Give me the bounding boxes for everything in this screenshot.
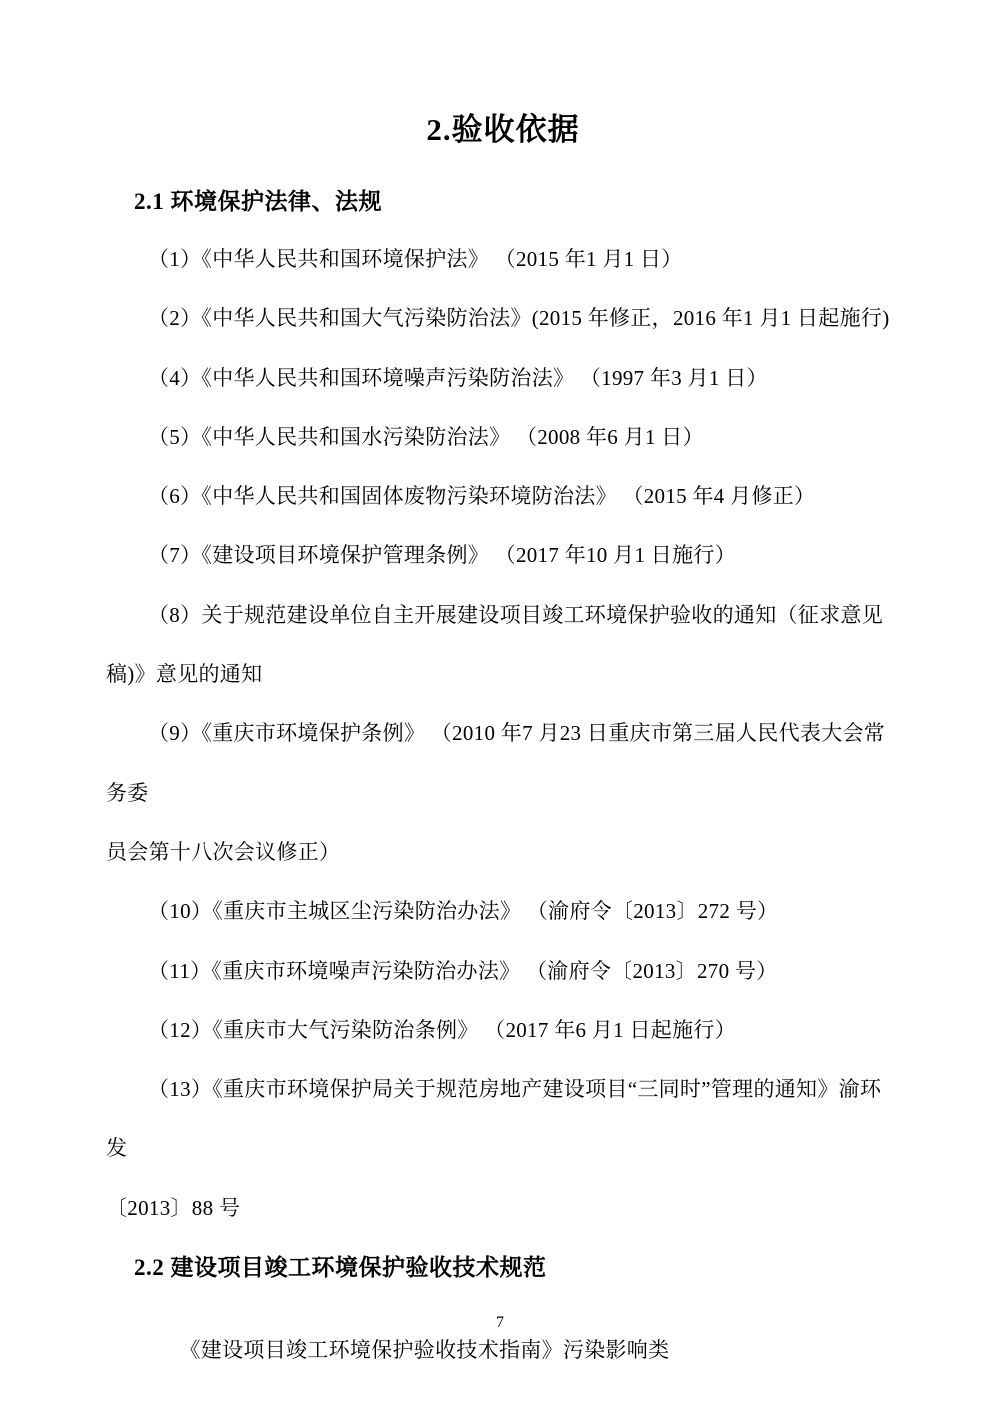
page-title: 2.验收依据 <box>106 112 900 148</box>
list-item: （6）《中华人民共和国固体废物污染环境防治法》 （2015 年4 月修正） <box>106 467 900 526</box>
list-item: （8）关于规范建设单位自主开展建设项目竣工环境保护验收的通知（征求意见 稿)》意… <box>106 586 900 705</box>
list-item: （7）《建设项目环境保护管理条例》 （2017 年10 月1 日施行） <box>106 526 900 585</box>
list-item: （12）《重庆市大气污染防治条例》 （2017 年6 月1 日起施行） <box>106 1001 900 1060</box>
list-item: （1）《中华人民共和国环境保护法》 （2015 年1 月1 日） <box>106 230 900 289</box>
list-item: （13）《重庆市环境保护局关于规范房地产建设项目“三同时”管理的通知》渝环发 〔… <box>106 1060 900 1238</box>
document-page: 2.验收依据 2.1 环境保护法律、法规 （1）《中华人民共和国环境保护法》 （… <box>0 0 1000 1415</box>
section-heading-2-1: 2.1 环境保护法律、法规 <box>134 188 900 216</box>
list-item: （4）《中华人民共和国环境噪声污染防治法》 （1997 年3 月1 日） <box>106 349 900 408</box>
list-item: （10）《重庆市主城区尘污染防治办法》 （渝府令〔2013〕272 号） <box>106 882 900 941</box>
list-item: （9）《重庆市环境保护条例》 （2010 年7 月23 日重庆市第三届人民代表大… <box>106 704 900 882</box>
legal-items-list: （1）《中华人民共和国环境保护法》 （2015 年1 月1 日） （2）《中华人… <box>106 230 900 1238</box>
list-item: （5）《中华人民共和国水污染防治法》 （2008 年6 月1 日） <box>106 408 900 467</box>
page-number-footer: 7 <box>0 1313 1000 1333</box>
list-item: （2）《中华人民共和国大气污染防治法》(2015 年修正，2016 年1 月1 … <box>106 289 900 348</box>
section-heading-2-2: 2.2 建设项目竣工环境保护验收技术规范 <box>134 1254 900 1282</box>
page-title-text: 2.验收依据 <box>426 112 579 147</box>
list-item: （11）《重庆市环境噪声污染防治办法》 （渝府令〔2013〕270 号） <box>106 942 900 1001</box>
